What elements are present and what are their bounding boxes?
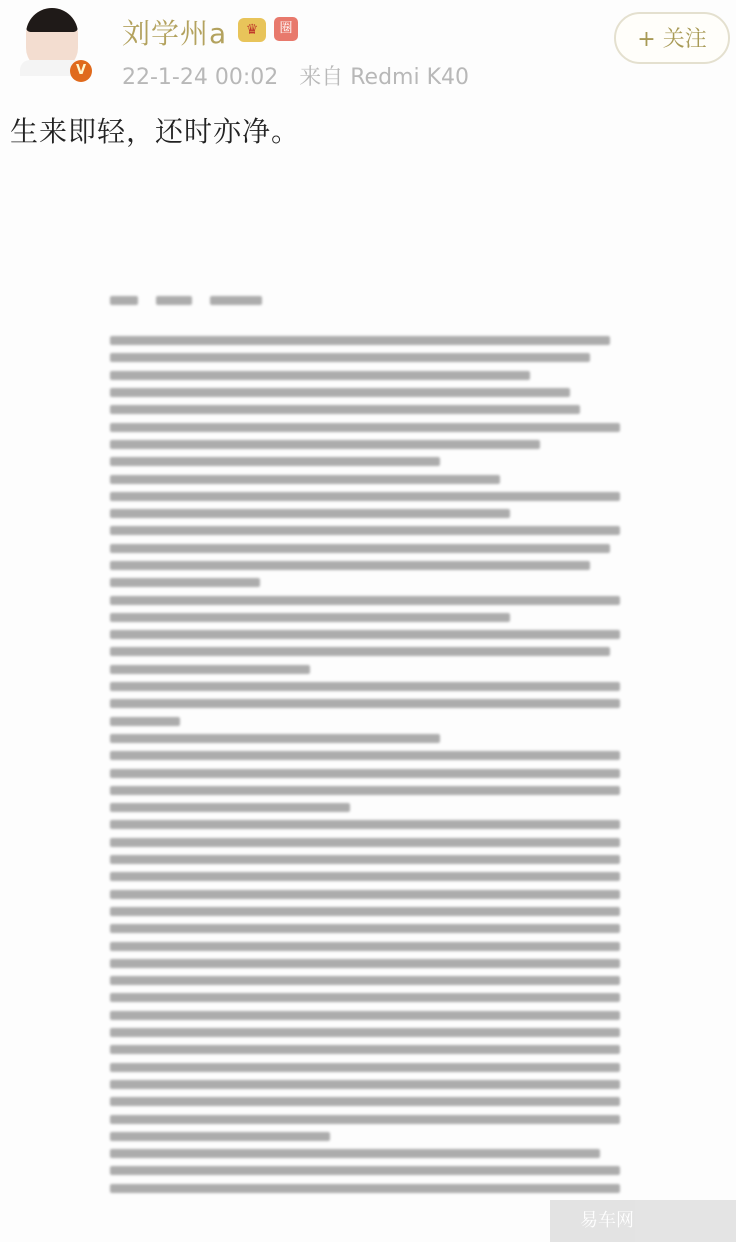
- blurred-text-line: [110, 972, 630, 989]
- blurred-text-line: [110, 1076, 630, 1093]
- blurred-text-line: [110, 695, 630, 712]
- document-paragraph: [110, 418, 630, 487]
- blurred-text-line: [110, 1007, 630, 1024]
- blurred-text-line: [110, 782, 630, 799]
- blurred-text-line: [110, 367, 630, 384]
- blurred-text-line: [110, 903, 630, 920]
- document-paragraph: [110, 522, 630, 591]
- post-meta: 22-1-24 00:02 来自 Redmi K40: [122, 60, 483, 91]
- blurred-text-line: [110, 591, 630, 608]
- document-title: [110, 296, 630, 322]
- blurred-text-line: [110, 540, 630, 557]
- document-paragraph: [110, 730, 630, 747]
- blurred-text-line: [110, 574, 630, 591]
- blurred-text-line: [110, 522, 630, 539]
- blurred-text-line: [110, 401, 630, 418]
- blurred-text-line: [110, 1128, 630, 1145]
- blurred-text-line: [110, 886, 630, 903]
- blurred-text-line: [110, 747, 630, 764]
- avatar-hair: [26, 8, 78, 32]
- blurred-text-line: [110, 626, 630, 643]
- blurred-text-line: [110, 989, 630, 1006]
- blurred-text-line: [110, 764, 630, 781]
- document-paragraph: [110, 678, 630, 730]
- blurred-text-line: [110, 713, 630, 730]
- blurred-text-line: [110, 557, 630, 574]
- blurred-text-line: [110, 418, 630, 435]
- username[interactable]: 刘学州a: [122, 12, 227, 52]
- verified-icon: V: [70, 60, 92, 82]
- fan-badge-icon: 圈: [274, 17, 298, 41]
- blurred-text-line: [110, 332, 630, 349]
- blurred-text-line: [110, 1041, 630, 1058]
- blurred-text-line: [110, 470, 630, 487]
- blurred-text-line: [110, 436, 630, 453]
- blurred-text-line: [110, 643, 630, 660]
- blurred-text-line: [110, 1058, 630, 1075]
- post-time: 22-1-24 00:02: [122, 65, 278, 90]
- blurred-text-line: [110, 1093, 630, 1110]
- blurred-text-line: [110, 1024, 630, 1041]
- post-source: 来自 Redmi K40: [299, 65, 469, 90]
- blurred-text-line: [110, 1145, 630, 1162]
- blurred-text-line: [110, 609, 630, 626]
- blurred-text-line: [110, 730, 630, 747]
- blurred-text-line: [110, 816, 630, 833]
- blurred-text-line: [110, 1110, 630, 1127]
- blurred-text-line: [110, 937, 630, 954]
- blurred-text-line: [110, 453, 630, 470]
- blurred-text-line: [110, 920, 630, 937]
- blurred-text-line: [110, 799, 630, 816]
- blurred-text-line: [110, 851, 630, 868]
- follow-button[interactable]: + 关注: [614, 12, 730, 64]
- document-image[interactable]: [110, 296, 630, 1197]
- blurred-text-line: [110, 661, 630, 678]
- blurred-text-line: [110, 678, 630, 695]
- document-paragraph: [110, 1145, 630, 1197]
- blurred-text-line: [110, 834, 630, 851]
- blurred-text-line: [110, 349, 630, 366]
- document-paragraph: [110, 488, 630, 523]
- watermark: 易车网: [550, 1200, 736, 1242]
- blurred-text-line: [110, 488, 630, 505]
- document-paragraph: [110, 747, 630, 816]
- watermark-label: 易车网: [580, 1206, 634, 1232]
- document-paragraph: [110, 591, 630, 626]
- blurred-text-line: [110, 1162, 630, 1179]
- blurred-text-line: [110, 505, 630, 522]
- post-text: 生来即轻，还时亦净。: [10, 110, 300, 150]
- crown-icon: ♛: [238, 18, 266, 42]
- document-paragraph: [110, 332, 630, 418]
- blurred-text-line: [110, 868, 630, 885]
- blurred-text-line: [110, 955, 630, 972]
- document-paragraph: [110, 816, 630, 1145]
- blurred-text-line: [110, 384, 630, 401]
- document-body: [110, 332, 630, 1197]
- blurred-text-line: [110, 1180, 630, 1197]
- document-paragraph: [110, 626, 630, 678]
